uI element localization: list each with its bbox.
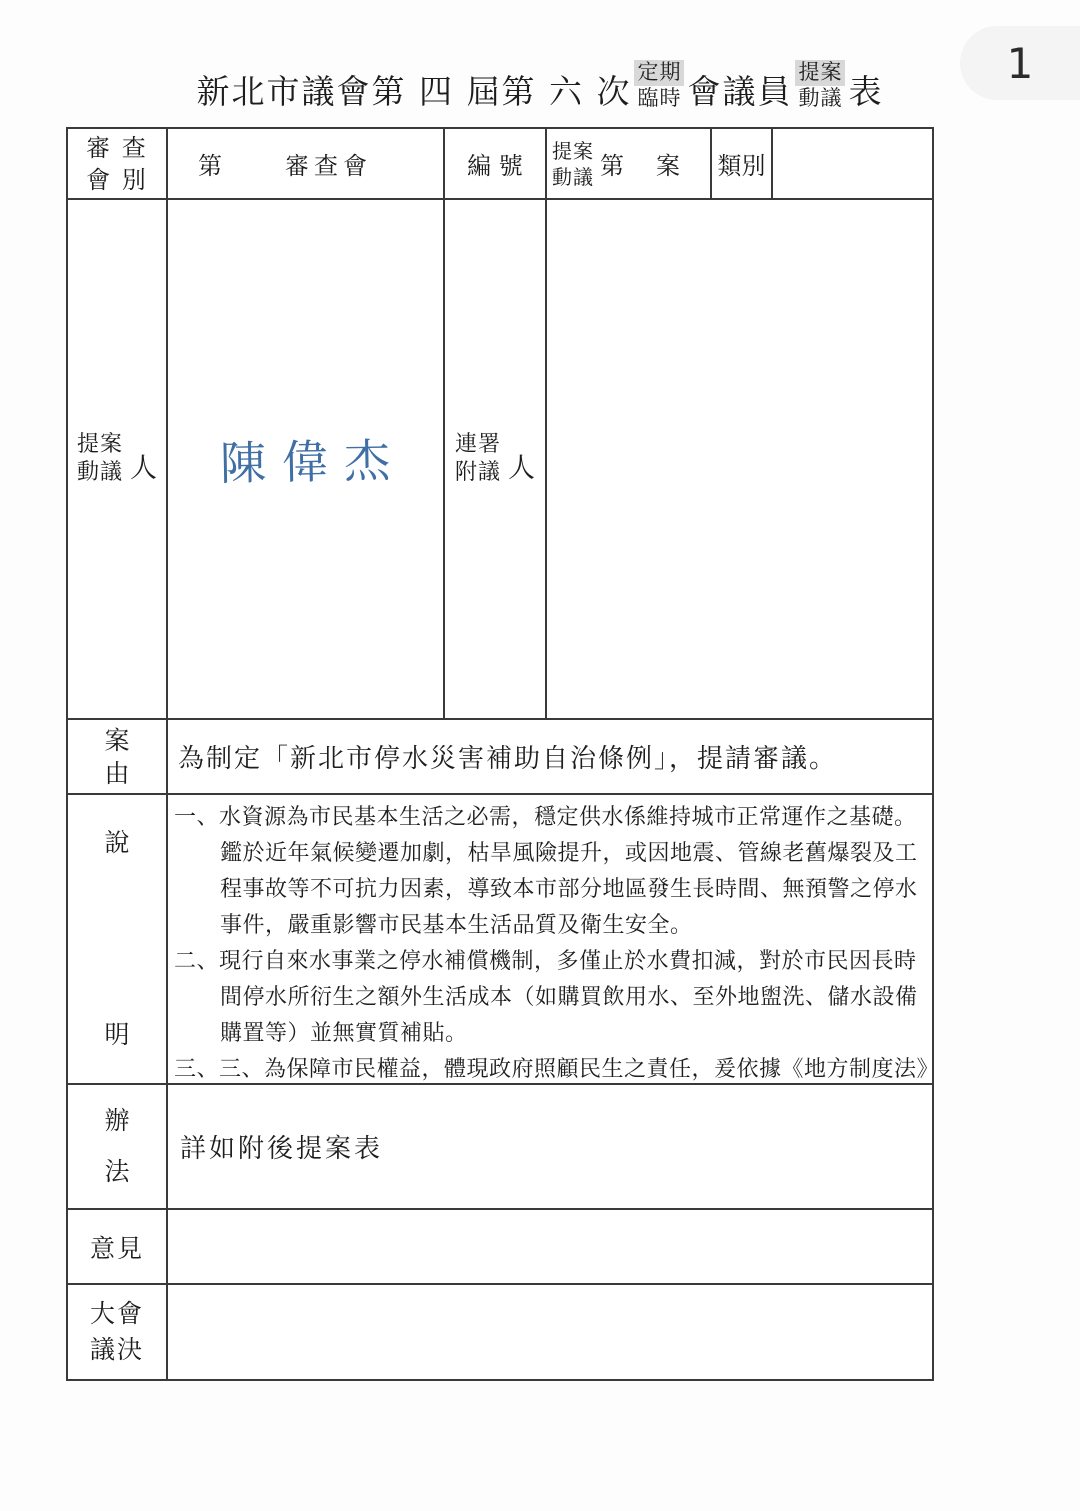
proposal-form-table: 審 查 會 別 第 審查會 編 號 提案 動議 第 案 類別 提案 動議 [66,127,934,1381]
explanation-item-3: 三、三、為保障市民權益，體現政府照顧民生之責任，爰依據《地方制度法》第十九條關於… [174,1052,930,1083]
case-number-cell: 提案 動議 第 案 [547,129,712,198]
resolution-row: 大會 議決 [68,1285,932,1379]
title-part3: 表 [848,66,883,113]
explanation-content-cell: 一、水資源為市民基本生活之必需，穩定供水係維持城市正常運作之基礎。鑑於近年氣候變… [168,795,932,1083]
explanation-item-1-text: 水資源為市民基本生活之必需，穩定供水係維持城市正常運作之基礎。鑑於近年氣候變遷加… [219,805,918,938]
document-title: 新北市議會第 四 屆第 六 次 定期 臨時 會議員 提案 動議 表 [0,56,1080,122]
explanation-item-1: 一、水資源為市民基本生活之必需，穩定供水係維持城市正常運作之基礎。鑑於近年氣候變… [174,800,930,944]
cosigner-signature-cell [547,200,932,718]
method-label-bottom: 法 [104,1152,129,1188]
explanation-label-top: 說 [104,823,129,859]
cosigner-label-line2: 附議 [455,459,501,487]
subject-content-text: 為制定「新北市停水災害補助自治條例」，提請審議。 [178,738,837,775]
resolution-label-line2: 議決 [90,1332,144,1368]
resolution-content-cell [168,1285,932,1379]
explanation-item-2-text: 現行自來水事業之停水補償機制，多僅止於水費扣減，對於市民因長時間停水所衍生之額外… [219,949,918,1046]
explanation-row: 說 明 一、水資源為市民基本生活之必需，穩定供水係維持城市正常運作之基礎。鑑於近… [68,795,932,1085]
explanation-label-bottom: 明 [104,1015,129,1051]
handwritten-signature: 陳偉杰 [205,424,406,493]
title-part1: 新北市議會第 四 屆第 六 次 [197,66,632,113]
resolution-label-line1: 大會 [90,1296,144,1332]
review-committee-type-label-cell: 審 查 會 別 [68,129,168,198]
method-label-cell: 辦 法 [68,1085,168,1208]
proposer-person-char: 人 [130,446,157,485]
number-label-cell: 編 號 [445,129,547,198]
opinion-label-cell: 意見 [68,1210,168,1283]
proposer-label-cell: 提案 動議 人 [68,200,168,718]
explanation-item-3-text: 三、為保障市民權益，體現政府照顧民生之責任，爰依據《地方制度法》第十九條關於社會… [219,1057,928,1083]
category-label: 類別 [718,146,766,181]
proposer-stack: 提案 動議 [77,431,123,487]
title-part2: 會議員 [687,66,792,113]
review-label-line2: 會 別 [86,164,148,196]
session-option-regular: 定期 [634,60,684,86]
subject-content-cell: 為制定「新北市停水災害補助自治條例」，提請審議。 [168,720,932,793]
method-label-top: 辦 [104,1101,129,1137]
subject-label-cell: 案 由 [68,720,168,793]
cosigner-label-line1: 連署 [455,431,501,459]
review-committee-text: 第 審查會 [198,146,372,181]
opinion-row: 意見 [68,1210,932,1285]
review-committee-cell: 第 審查會 [168,129,445,198]
proposer-label-line2: 動議 [77,459,123,487]
explanation-label-cell: 說 明 [68,795,168,1083]
cosigner-stack: 連署 附議 [455,431,501,487]
proposal-stack-line2: 動議 [552,164,594,190]
proposal-motion-stack: 提案 動議 [552,138,594,190]
category-label-cell: 類別 [712,129,773,198]
subject-label-line1: 案 [104,724,129,757]
subject-label-line2: 由 [104,757,129,790]
table-header-row: 審 查 會 別 第 審查會 編 號 提案 動議 第 案 類別 [68,129,932,200]
document-type-options: 提案 動議 [795,60,845,111]
category-value-cell [773,129,932,198]
case-number-text: 第 案 [600,146,684,181]
cosigner-label-cell: 連署 附議 人 [445,200,547,718]
opinion-content-cell [168,1210,932,1283]
method-row: 辦 法 詳如附後提案表 [68,1085,932,1210]
type-option-motion: 動議 [795,86,845,112]
cosigner-person-char: 人 [508,446,535,485]
session-option-temporary: 臨時 [634,86,684,112]
explanation-item-3-num: 三、 [174,1057,219,1082]
proposer-row: 提案 動議 人 陳偉杰 連署 附議 人 [68,200,932,720]
method-content-text: 詳如附後提案表 [180,1128,383,1165]
explanation-item-2-num: 二、 [174,949,219,974]
opinion-label: 意見 [90,1229,144,1265]
resolution-label-cell: 大會 議決 [68,1285,168,1379]
proposer-signature-cell: 陳偉杰 [168,200,445,718]
explanation-item-2: 二、現行自來水事業之停水補償機制，多僅止於水費扣減，對於市民因長時間停水所衍生之… [174,944,930,1052]
review-label-line1: 審 查 [86,132,148,164]
proposal-stack-line1: 提案 [552,138,594,164]
proposer-label-line1: 提案 [77,431,123,459]
type-option-proposal: 提案 [795,60,845,86]
number-label: 編 號 [467,146,523,181]
method-content-cell: 詳如附後提案表 [168,1085,932,1208]
explanation-item-1-num: 一、 [174,805,219,830]
subject-row: 案 由 為制定「新北市停水災害補助自治條例」，提請審議。 [68,720,932,795]
session-type-options: 定期 臨時 [634,60,684,111]
